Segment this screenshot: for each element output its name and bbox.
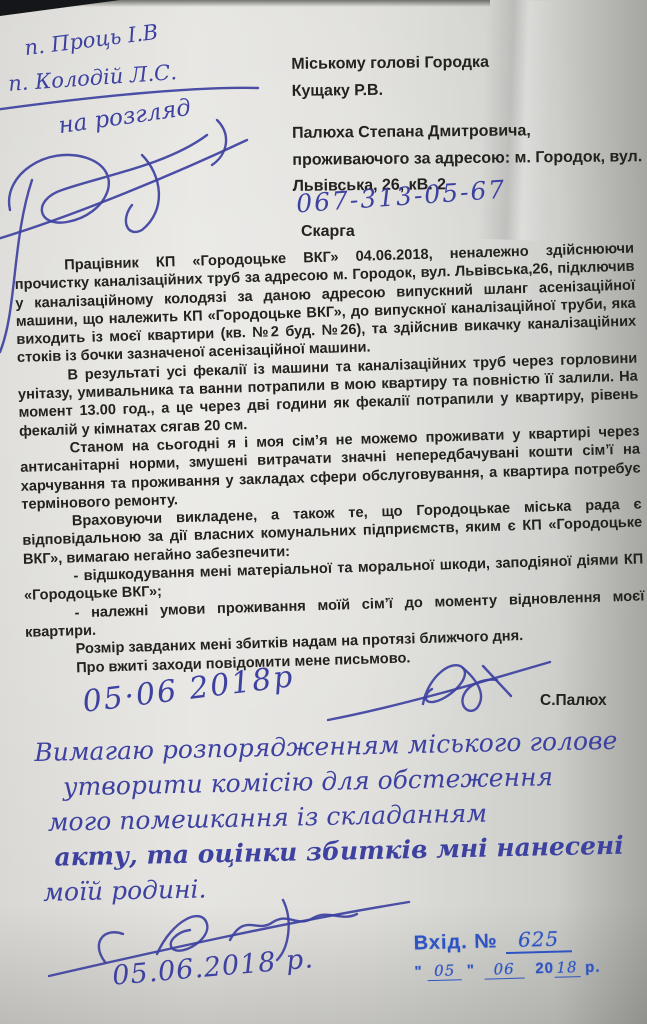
stamp-year-printed: 20 bbox=[535, 960, 554, 977]
author-typed-name: С.Палюх bbox=[540, 692, 607, 710]
stamp-month-handwritten: 06 bbox=[484, 960, 524, 980]
document-title: Скарга bbox=[301, 223, 355, 241]
stamp-label: Вхід. № bbox=[413, 930, 498, 954]
handwritten-resolution: Вимагаю розпорядженням міського голове у… bbox=[34, 725, 646, 913]
stamp-year-handwritten: 18 bbox=[554, 958, 580, 978]
stamp-day-handwritten: 05 bbox=[427, 961, 461, 981]
stamp-label-row: Вхід. №625 bbox=[413, 926, 600, 957]
author-signature bbox=[325, 648, 560, 728]
sender-name: Палюха Степана Дмитровича, bbox=[292, 117, 644, 147]
sender-address-1: проживаючого за адресою: м. Городок, вул… bbox=[292, 144, 644, 174]
stamp-quote-open: " bbox=[414, 963, 423, 980]
letter-body: Працівник КП «Городоцьке ВКГ» 04.06.2018… bbox=[14, 240, 646, 679]
recipient-name: Кущаку Р.В. bbox=[292, 75, 644, 105]
photographed-document: п. Проць І.В п. Колодій Л.С. на розгляд … bbox=[0, 0, 647, 1024]
body-paragraph: Працівник КП «Городоцьке ВКГ» 04.06.2018… bbox=[14, 240, 637, 368]
intake-stamp: Вхід. №625 " 05 " 06 2018 р. bbox=[413, 926, 600, 982]
stamp-year-suffix: р. bbox=[585, 959, 601, 976]
stamp-number-handwritten: 625 bbox=[505, 926, 572, 954]
recipient-line: Міському голові Городка bbox=[291, 48, 643, 78]
stamp-quote-close: " bbox=[467, 962, 476, 979]
